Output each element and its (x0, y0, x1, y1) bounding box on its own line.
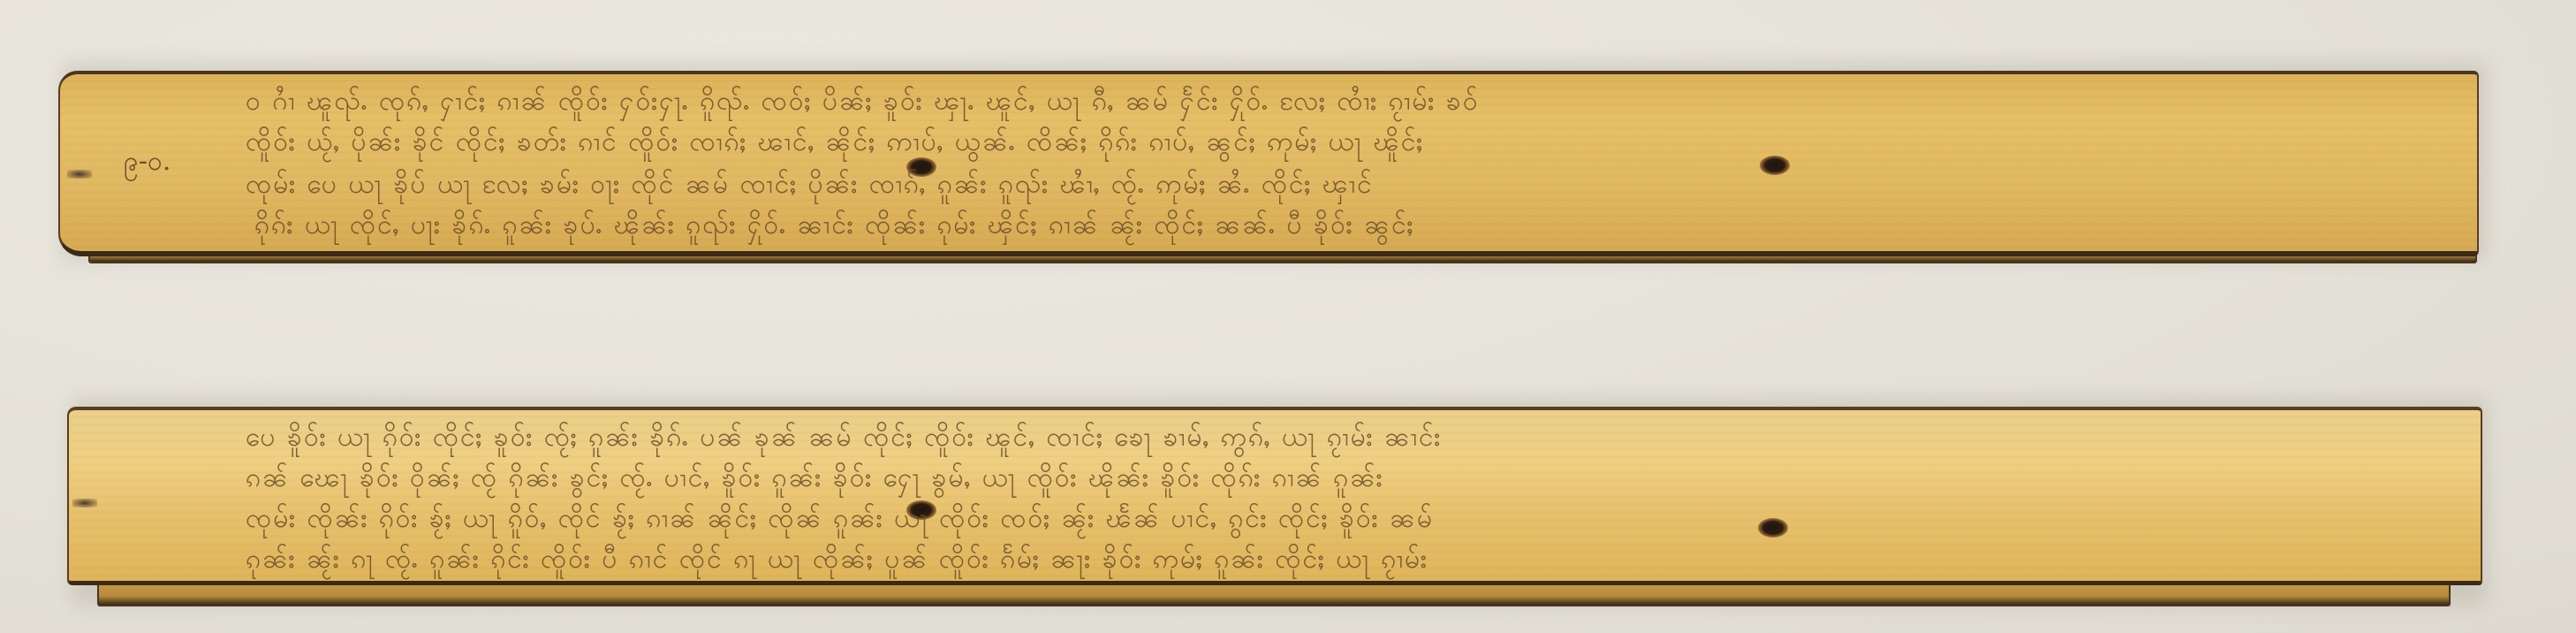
manuscript-text-line: ၵၼ် ၽေႃ ၶိုဝ်း ဝိုၼ်ႈ ၸႂ် ၵိုၼ်း ၶွင်ႈ ၸ… (246, 460, 1384, 500)
binding-hole (1758, 518, 1788, 538)
palm-leaf-folio: ပေ ၶိူဝ်း ယႃ ၵိုဝ်း ၸိုင်ႈ ၶူဝ်း ၸႂ်ႈ ၵူ… (67, 407, 2482, 585)
manuscript-text-line: ပေ ၶိူဝ်း ယႃ ၵိုဝ်း ၸိုင်ႈ ၶူဝ်း ၸႂ်ႈ ၵူ… (246, 419, 1442, 459)
manuscript-leaf-bottom: ပေ ၶိူဝ်း ယႃ ၵိုဝ်း ၸိုင်ႈ ၶူဝ်း ၸႂ်ႈ ၵူ… (0, 0, 2576, 633)
string-notch-mark (72, 499, 97, 507)
manuscript-text-line: ၵုၼ်း ၼႂ်း ၵႃ ၸႂ်ႉ ၵူၼ်း ၵိုင်း ၸိူဝ်း ပ… (246, 541, 1428, 581)
manuscript-text-line: ၸုမ်း ၸိုၼ်း ၵိုဝ်း ၶႂ်ႈ ယႃ ၵိူဝ်ႇ ၸိုင်… (246, 500, 1434, 540)
